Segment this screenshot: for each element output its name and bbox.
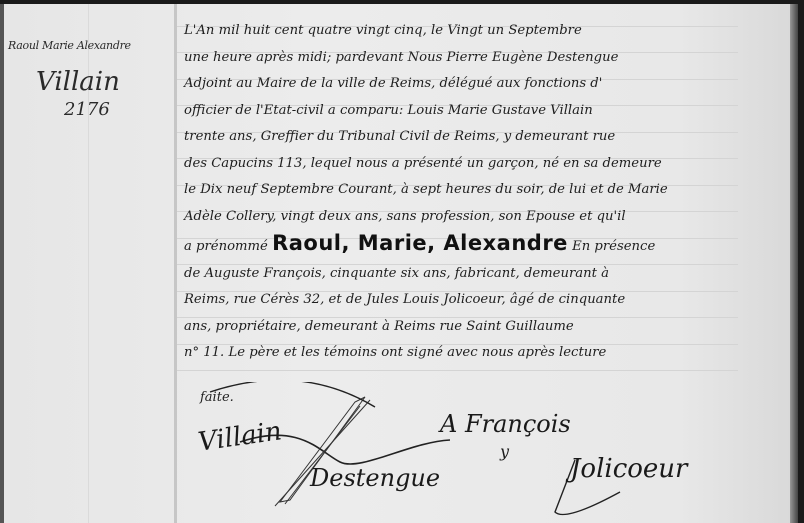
text-line: le Dix neuf Septembre Courant, à sept he… (184, 177, 764, 204)
document-page: Raoul Marie Alexandre Villain 2176 L'An … (0, 4, 798, 523)
margin-surname: Villain (36, 67, 173, 97)
signature-witness-2: Jolicoeur (570, 454, 687, 484)
margin-given-names: Raoul Marie Alexandre (8, 39, 131, 52)
ruled-line (177, 370, 738, 371)
child-name: Raoul, Marie, Alexandre (272, 231, 568, 255)
signature-witness-1: A François (440, 410, 571, 438)
text-line: L'An mil huit cent quatre vingt cinq, le… (184, 18, 764, 45)
text-line: Adèle Collery, vingt deux ans, sans prof… (184, 204, 764, 231)
page-left-edge (0, 4, 4, 523)
text-line: une heure après midi; pardevant Nous Pie… (184, 45, 764, 72)
record-number: 2176 (64, 99, 173, 120)
text-line: de Auguste François, cinquante six ans, … (184, 261, 764, 288)
signature-block: faite. Villain A François y Destengue Jo… (180, 382, 780, 523)
text-line: n° 11. Le père et les témoins ont signé … (184, 340, 764, 367)
margin-annotation: Raoul Marie Alexandre Villain 2176 (8, 34, 173, 120)
signature-connector: y (500, 442, 509, 461)
name-line-suffix: En présence (572, 239, 655, 254)
text-line: trente ans, Greffier du Tribunal Civil d… (184, 124, 764, 151)
name-line: a prénommé Raoul, Marie, Alexandre En pr… (184, 230, 764, 261)
signature-officer: Destengue (310, 464, 440, 492)
name-line-prefix: a prénommé (184, 239, 268, 254)
closing-word: faite. (200, 390, 234, 405)
signature-flourish-icon (180, 382, 780, 523)
text-line: des Capucins 113, lequel nous a présenté… (184, 151, 764, 178)
record-body: L'An mil huit cent quatre vingt cinq, le… (184, 18, 764, 367)
page-right-edge (790, 4, 798, 523)
text-line: Reims, rue Cérès 32, et de Jules Louis J… (184, 287, 764, 314)
text-line: ans, propriétaire, demeurant à Reims rue… (184, 314, 764, 341)
text-line: officier de l'Etat-civil a comparu: Loui… (184, 98, 764, 125)
text-line: Adjoint au Maire de la ville de Reims, d… (184, 71, 764, 98)
